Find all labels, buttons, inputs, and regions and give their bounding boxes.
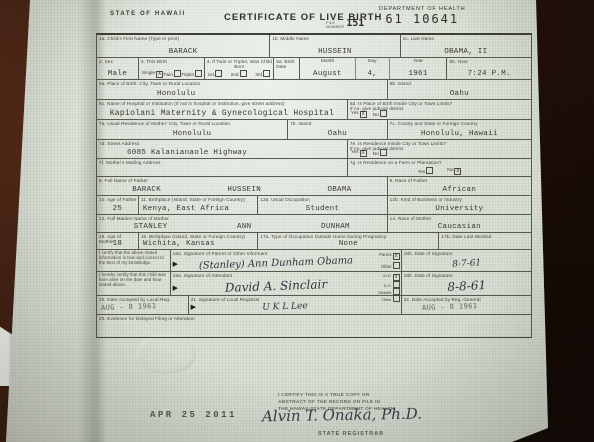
file-label-line2: NUMBER: [326, 25, 344, 29]
mother-first: STANLEY: [134, 223, 168, 231]
option-midwife: Midwife: [378, 288, 399, 295]
father-last: OBAMA: [327, 186, 351, 194]
field-7g-farm-plantation: 7g. Is Residence on a Farm or Plantation…: [348, 159, 531, 176]
field-value: University: [390, 205, 529, 213]
day-header: Day: [356, 59, 389, 64]
field-value: Student: [260, 205, 384, 213]
field-value: Kenya, East Africa: [141, 205, 255, 213]
row-mother-details: 15. Age of Mother 18 16. Birthplace (Isl…: [97, 233, 531, 250]
checkbox-parent: x: [393, 253, 400, 260]
field-value: Wichita, Kansas: [141, 240, 255, 248]
row-mother-residence: 7a. Usual Residence of Mother: City, Tow…: [97, 120, 531, 140]
field-20-date-accepted-local: 20. Date Accepted by Local Reg. AUG - 8 …: [97, 296, 189, 314]
field-11-father-birthplace: 11. Birthplace (Island, State or Foreign…: [139, 196, 258, 214]
row-attendant-signature: I hereby certify that this child was bor…: [97, 272, 531, 296]
field-label: 5a. Birth Date: [276, 59, 298, 70]
checkbox-triplet: [195, 70, 202, 77]
option-label: No: [373, 152, 379, 157]
year-header: Year: [390, 59, 447, 64]
certificate-photo: STATE OF HAWAII CERTIFICATE OF LIVE BIRT…: [0, 0, 594, 442]
attendant-type-options: M.D.x D.O. Midwife Other: [378, 273, 399, 294]
field-22-date-accepted-general: 22. Date Accepted by Reg. General AUG - …: [402, 296, 531, 314]
city-limits-options: YesX No: [351, 110, 528, 118]
field-value: Kapiolani Maternity & Gynecological Hosp…: [99, 109, 345, 118]
row-registrar: 20. Date Accepted by Local Reg. AUG - 8 …: [97, 296, 531, 315]
checkbox-yes: [426, 167, 433, 174]
field-label: 1b. Middle Name: [272, 36, 398, 41]
field-label: 11. Birthplace (Island, State or Foreign…: [141, 197, 256, 202]
field-18b-signature-date: 18b. Date of Signature 8-7-61: [402, 250, 531, 271]
option-label: Single: [142, 71, 155, 76]
option-label: No: [373, 113, 379, 118]
field-10-father-age: 10. Age of Father 25: [97, 196, 139, 214]
field-label: 6b. Island: [390, 81, 530, 86]
option-single: SingleX: [142, 71, 163, 78]
option-3rd: 3rd: [255, 70, 270, 78]
option-no: NoX: [447, 168, 461, 175]
statement-text: I hereby certify that this child was bor…: [99, 273, 169, 288]
checkbox-yes: X: [360, 111, 367, 118]
checkbox-3rd: [263, 70, 270, 77]
option-label: Twin: [163, 73, 173, 78]
field-label: 1c. Last Name: [403, 36, 530, 41]
field-value: Honolulu: [99, 130, 285, 138]
option-md: M.D.x: [383, 273, 399, 281]
field-1c-last-name: 1c. Last Name OBAMA, II: [401, 35, 531, 57]
field-value: 6085 Kalanianaole Highway: [99, 149, 345, 157]
row-child-name: 1a. Child's First Name (Type or print) B…: [97, 35, 531, 58]
field-5b-hour: 5b. Hour 7:24 P.M.: [447, 58, 531, 79]
field-6a-place-of-birth: 6a. Place of Birth: City, Town or Rural …: [97, 80, 388, 99]
option-label: 3rd: [255, 73, 262, 78]
field-label: 10. Age of Father: [99, 197, 137, 202]
statement-text: I certify that the above stated informat…: [99, 251, 169, 266]
field-16-mother-birthplace: 16. Birthplace (Island, State or Foreign…: [139, 233, 258, 249]
field-label: 4. If Twin or Triplet, Was Child Born: [207, 59, 273, 70]
field-7a-residence-city: 7a. Usual Residence of Mother: City, Tow…: [97, 120, 288, 139]
attendant-signature-handwriting: David A. Sinclair: [184, 276, 366, 296]
field-8-father-name: 8. Full Name of Father BARACK HUSSEIN OB…: [97, 177, 388, 195]
field-18a-parent-signature: 18a. Signature of Parent or Other Inform…: [171, 250, 402, 271]
field-label: 3. This Birth: [141, 59, 203, 64]
option-label: Parent: [379, 252, 391, 257]
farm-options: Yes NoX: [351, 167, 528, 175]
option-label: 1st: [208, 73, 214, 78]
field-value: 7:24 P.M.: [449, 70, 529, 78]
option-label: M.D.: [383, 273, 391, 278]
checkbox-md: x: [393, 274, 400, 281]
option-label: Yes: [351, 150, 359, 155]
row-parent-signature: I certify that the above stated informat…: [97, 250, 531, 272]
field-label: 6a. Place of Birth: City, Town or Rural …: [99, 81, 386, 86]
checkbox-1st: [215, 70, 222, 77]
field-7b-island: 7b. Island Oahu: [288, 120, 388, 139]
field-4-twin-order: 4. If Twin or Triplet, Was Child Born 1s…: [205, 58, 275, 79]
field-value: Oahu: [390, 90, 529, 98]
field-value: 1961: [392, 70, 445, 78]
form-header: STATE OF HAWAII CERTIFICATE OF LIVE BIRT…: [96, 3, 532, 35]
field-value: 18: [99, 240, 136, 248]
option-1st: 1st: [208, 70, 222, 78]
field-label: 2. Sex: [99, 59, 137, 64]
field-label: 1a. Child's First Name (Type or print): [99, 36, 268, 41]
checkbox-yes: X: [360, 150, 367, 157]
field-label: 7g. Is Residence on a Farm or Plantation…: [350, 160, 530, 165]
field-15-mother-age: 15. Age of Mother 18: [97, 233, 139, 249]
field-label: 18b. Date of Signature: [404, 251, 530, 256]
field-label: 16. Birthplace (Island, State or Foreign…: [141, 234, 256, 239]
option-label: No: [447, 168, 453, 173]
date-handwriting: 8-8-61: [401, 276, 531, 297]
row-street-address: 7d. Street Address 6085 Kalanianaole Hig…: [97, 140, 531, 159]
field-17b-date-last-worked: 17b. Date Last Worked: [439, 233, 531, 249]
received-date-stamp: APR 25 2011: [150, 410, 237, 420]
row-father-name: 8. Full Name of Father BARACK HUSSEIN OB…: [97, 177, 531, 196]
checkbox-twin: [174, 70, 181, 77]
field-9-father-race: 9. Race of Father African: [388, 177, 531, 195]
field-6b-island: 6b. Island Oahu: [388, 80, 531, 99]
state-registrar-title: STATE REGISTRAR: [318, 431, 384, 437]
field-value: BARACK HUSSEIN OBAMA: [99, 186, 385, 194]
department-block: DEPARTMENT OF HEALTH 61 10641: [379, 6, 465, 26]
option-twin: Twin: [163, 70, 181, 78]
field-label: 17b. Date Last Worked: [441, 234, 530, 239]
file-number-block: FILE NUMBER 151: [326, 18, 364, 29]
option-label: Other: [381, 264, 391, 269]
option-no: No: [373, 110, 387, 118]
option-parent: Parentx: [379, 252, 399, 260]
month-header: Month: [300, 59, 355, 64]
field-3-this-birth: 3. This Birth SingleX Twin Triplet: [139, 58, 205, 79]
field-label: 9. Race of Father: [390, 178, 530, 183]
field-label: 13. Full Maiden Name of Mother: [99, 216, 386, 221]
field-7c-county-state: 7c. County and State or Foreign Country …: [388, 120, 531, 139]
field-13-mother-name: 13. Full Maiden Name of Mother STANLEY A…: [97, 215, 388, 232]
field-label: 12b. Kind of Business or Industry: [390, 197, 530, 202]
field-6d-city-limits: 6d. Is Place of Birth Inside City or Tow…: [348, 100, 531, 119]
row-mother-name: 13. Full Maiden Name of Mother STANLEY A…: [97, 215, 531, 233]
field-label: 7f. Mother's Mailing Address: [99, 160, 346, 165]
field-label-line1: 6d. Is Place of Birth Inside City or Tow…: [350, 101, 453, 106]
row-mailing-address: 7f. Mother's Mailing Address 7g. Is Resi…: [97, 159, 531, 177]
field-5a-birth-date-label: 5a. Birth Date: [274, 58, 300, 79]
parent-signature-handwriting: (Stanley) Ann Dunham Obama: [185, 255, 367, 272]
field-label: 7a. Usual Residence of Mother: City, Tow…: [99, 121, 286, 126]
field-label: 17a. Type of Occupation Outside Home Dur…: [260, 234, 437, 239]
field-label: 12a. Usual Occupation: [260, 197, 385, 202]
field-23-evidence: 23. Evidence for Delayed Filing or Alter…: [97, 315, 531, 337]
option-label: Yes: [351, 111, 359, 116]
field-value: Honolulu, Hawaii: [390, 130, 529, 138]
checkbox-do: [393, 281, 400, 288]
checkbox-no: X: [454, 168, 461, 175]
row-father-details: 10. Age of Father 25 11. Birthplace (Isl…: [97, 196, 531, 215]
field-label-line1: 7e. Is Residence Inside City or Town Lim…: [350, 141, 446, 146]
field-value: OBAMA, II: [403, 48, 529, 56]
option-do: D.O.: [384, 281, 400, 288]
field-value: HUSSEIN: [272, 48, 397, 56]
row-place-of-birth: 6a. Place of Birth: City, Town or Rural …: [97, 80, 531, 100]
option-yes: YesX: [351, 111, 367, 118]
date-handwriting: 8-7-61: [401, 256, 531, 273]
checkbox-no: [380, 110, 387, 117]
signature-arrow-icon: ▶: [173, 260, 178, 268]
row-evidence: 23. Evidence for Delayed Filing or Alter…: [97, 315, 531, 337]
birth-certificate-form: STATE OF HAWAII CERTIFICATE OF LIVE BIRT…: [96, 3, 532, 338]
local-acceptance-stamp: AUG - 8 1961: [101, 302, 157, 312]
mother-maiden: DUNHAM: [321, 223, 350, 231]
checkbox-no: [380, 149, 387, 156]
field-value: Oahu: [290, 130, 385, 138]
field-value: 25: [99, 205, 136, 213]
option-no: No: [373, 149, 387, 157]
field-label: 7b. Island: [290, 121, 386, 126]
birth-type-options: SingleX Twin Triplet: [142, 70, 201, 78]
field-19b-signature-date: 19b. Date of Signature 8-8-61: [402, 272, 531, 295]
parent-certification-statement: I certify that the above stated informat…: [97, 250, 171, 271]
field-5a-year: Year 1961: [390, 58, 448, 79]
field-value: None: [260, 240, 436, 248]
row-hospital: 6c. Name of Hospital or Institution (If …: [97, 100, 531, 120]
father-middle: HUSSEIN: [227, 186, 261, 194]
field-value: August: [302, 70, 353, 78]
field-5a-month: Month August: [300, 58, 356, 79]
signature-arrow-icon: ▶: [173, 284, 178, 292]
field-1a-first-name: 1a. Child's First Name (Type or print) B…: [97, 35, 270, 57]
state-registrar-signature: Alvin T. Onaka, Ph.D.: [262, 405, 422, 426]
general-acceptance-stamp: AUG - 8 1961: [421, 302, 477, 312]
certification-line1: I CERTIFY THIS IS A TRUE COPY OR: [278, 392, 428, 399]
mother-middle: ANN: [237, 223, 251, 231]
option-label: Triplet: [181, 73, 194, 78]
field-label: 6c. Name of Hospital or Institution (If …: [99, 101, 346, 106]
field-17a-occupation-pregnancy: 17a. Type of Occupation Outside Home Dur…: [258, 233, 439, 249]
checkbox-2nd: [240, 70, 247, 77]
field-5a-day: Day 4,: [356, 58, 390, 79]
field-value: 4,: [358, 70, 387, 78]
option-yes: Yes: [417, 167, 433, 175]
form-grid: 1a. Child's First Name (Type or print) B…: [96, 35, 532, 338]
field-label: 8. Full Name of Father: [99, 178, 386, 183]
option-label: Yes: [417, 170, 425, 175]
father-first: BARACK: [132, 186, 161, 194]
file-number-handwritten: 151: [346, 18, 364, 29]
residence-limits-options: YesX No: [351, 149, 528, 157]
field-label: 7c. County and State or Foreign Country: [390, 121, 530, 126]
state-label: STATE OF HAWAII: [110, 11, 186, 17]
field-label: 14. Race of Mother: [390, 216, 530, 221]
option-other: Other: [381, 262, 399, 269]
field-7f-mailing-address: 7f. Mother's Mailing Address: [97, 159, 348, 176]
field-value: STANLEY ANN DUNHAM: [99, 223, 385, 231]
option-2nd: 2nd: [231, 70, 247, 78]
field-label: 23. Evidence for Delayed Filing or Alter…: [99, 316, 530, 321]
field-12b-business-kind: 12b. Kind of Business or Industry Univer…: [388, 196, 531, 214]
field-value: Male: [99, 70, 136, 78]
field-7d-street-address: 7d. Street Address 6085 Kalanianaole Hig…: [97, 140, 348, 158]
checkbox-single: X: [156, 71, 163, 78]
file-number-label: FILE NUMBER: [326, 21, 344, 29]
field-7e-residence-limits: 7e. Is Residence Inside City or Town Lim…: [348, 140, 531, 158]
field-21-local-registrar-signature: 21. Signature of Local Registrar ▶ U K L…: [189, 296, 402, 314]
field-12a-father-occupation: 12a. Usual Occupation Student: [258, 196, 387, 214]
checkbox-midwife: [393, 288, 400, 295]
certificate-paper: STATE OF HAWAII CERTIFICATE OF LIVE BIRT…: [0, 0, 594, 442]
field-value: Honolulu: [99, 90, 385, 98]
option-triplet: Triplet: [181, 70, 202, 78]
signature-arrow-icon: ▶: [191, 303, 196, 311]
field-value: African: [390, 186, 529, 194]
attendant-certification-statement: I hereby certify that this child was bor…: [97, 272, 171, 295]
field-6c-hospital: 6c. Name of Hospital or Institution (If …: [97, 100, 348, 119]
informant-type-options: Parentx Other: [379, 251, 399, 270]
field-14-mother-race: 14. Race of Mother Caucasian: [388, 215, 531, 232]
option-label: 2nd: [231, 73, 239, 78]
option-yes: YesX: [351, 150, 367, 157]
twin-order-options: 1st 2nd 3rd: [208, 70, 271, 78]
field-1b-middle-name: 1b. Middle Name HUSSEIN: [270, 35, 400, 57]
field-label: 7d. Street Address: [99, 141, 346, 146]
field-2-sex: 2. Sex Male: [97, 58, 139, 79]
field-value: BARACK: [99, 48, 267, 56]
field-label: 5b. Hour: [449, 59, 530, 64]
embossed-seal: [136, 334, 196, 374]
checkbox-other: [393, 262, 400, 269]
field-19a-attendant-signature: 19a. Signature of Attendant ▶ David A. S…: [171, 272, 402, 295]
row-sex-birthdate: 2. Sex Male 3. This Birth SingleX Twin T…: [97, 58, 531, 80]
field-value: Caucasian: [390, 223, 529, 231]
certificate-number: 61 10641: [379, 12, 465, 26]
